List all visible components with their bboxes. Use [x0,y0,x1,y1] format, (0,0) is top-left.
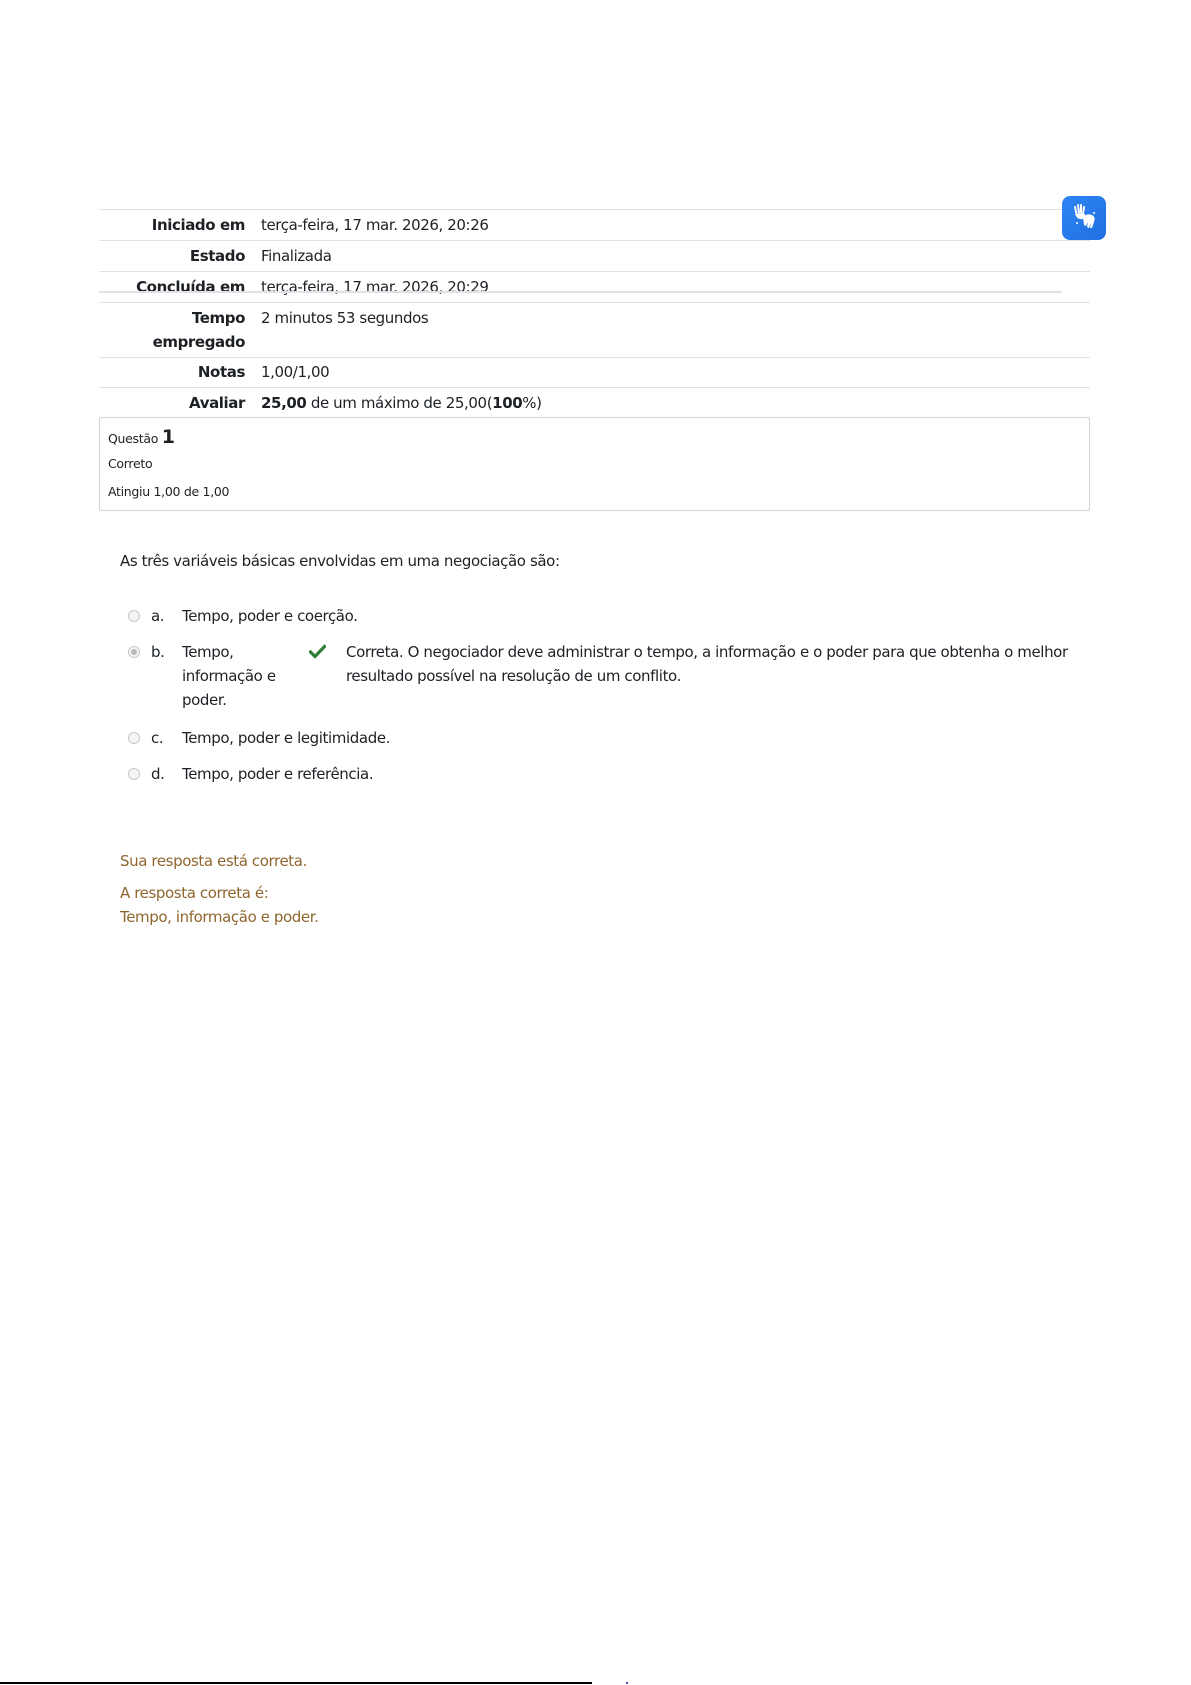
question-number: Questão 1 [108,426,175,448]
answer-feedback: Correta. O negociador deve administrar o… [346,640,1096,688]
answer-letter: c. [151,726,167,750]
grade-max-text: de um máximo de 25,00( [306,394,492,412]
grade-percent-suffix: %) [522,394,541,412]
sign-language-icon [1069,201,1099,235]
answer-option-a[interactable]: a. Tempo, poder e coerção. [128,604,1088,640]
summary-label: Concluída em [99,272,245,303]
summary-row-completed: Concluída em terça-feira, 17 mar. 2026, … [99,272,1090,303]
question-grade: Atingiu 1,00 de 1,00 [108,484,229,499]
answer-letter: d. [151,762,167,786]
right-answer-label: A resposta correta é: [120,881,319,905]
answer-text: Tempo, poder e referência. [182,762,373,786]
summary-label: Iniciado em [99,210,245,241]
check-icon [309,643,326,660]
page-bottom-mark [626,1682,628,1684]
radio-button[interactable] [128,610,140,622]
right-answer-text: Tempo, informação e poder. [120,905,319,929]
summary-row-time-taken: Tempo empregado 2 minutos 53 segundos [99,303,1090,358]
summary-value: Finalizada [245,241,1090,272]
question-outcome: Sua resposta está correta. A resposta co… [120,849,319,929]
summary-label: Estado [99,241,245,272]
summary-value: 25,00 de um máximo de 25,00(100%) [245,388,1090,419]
answer-text: Tempo, poder e legitimidade. [182,726,390,750]
answer-letter: b. [151,640,167,664]
attempt-summary-table: Iniciado em terça-feira, 17 mar. 2026, 2… [99,209,1090,418]
answer-letter: a. [151,604,167,628]
summary-row-marks: Notas 1,00/1,00 [99,358,1090,388]
sign-language-button[interactable] [1062,196,1106,240]
question-prefix: Questão [108,431,162,446]
grade-percent: 100 [492,394,522,412]
page-bottom-divider [0,1682,592,1684]
summary-value: terça-feira, 17 mar. 2026, 20:29 [245,272,1090,303]
summary-label: Avaliar [99,388,245,419]
summary-value: 1,00/1,00 [245,358,1090,388]
answer-option-c[interactable]: c. Tempo, poder e legitimidade. [128,726,1088,762]
summary-row-state: Estado Finalizada [99,241,1090,272]
question-info-box: Questão 1 Correto Atingiu 1,00 de 1,00 [99,417,1090,511]
radio-button[interactable] [128,732,140,744]
question-number-value: 1 [162,426,175,448]
question-text: As três variáveis básicas envolvidas em … [120,552,560,570]
answer-option-d[interactable]: d. Tempo, poder e referência. [128,762,1088,786]
summary-value: terça-feira, 17 mar. 2026, 20:26 [245,210,1090,241]
summary-label: Tempo empregado [99,303,245,358]
summary-row-started: Iniciado em terça-feira, 17 mar. 2026, 2… [99,210,1090,241]
answer-list: a. Tempo, poder e coerção. b. Tempo, inf… [128,604,1088,786]
summary-row-grade: Avaliar 25,00 de um máximo de 25,00(100%… [99,388,1090,419]
radio-button-selected[interactable] [128,646,140,658]
answer-text: Tempo, poder e coerção. [182,604,357,628]
summary-label: Notas [99,358,245,388]
outcome-feedback: Sua resposta está correta. [120,849,319,873]
answer-option-b[interactable]: b. Tempo, informação e poder. Correta. O… [128,640,1088,726]
question-state: Correto [108,456,152,471]
row-divider [99,291,1062,293]
grade-score: 25,00 [261,394,306,412]
answer-text: Tempo, informação e poder. [182,640,292,712]
radio-button[interactable] [128,768,140,780]
summary-value: 2 minutos 53 segundos [245,303,1090,358]
